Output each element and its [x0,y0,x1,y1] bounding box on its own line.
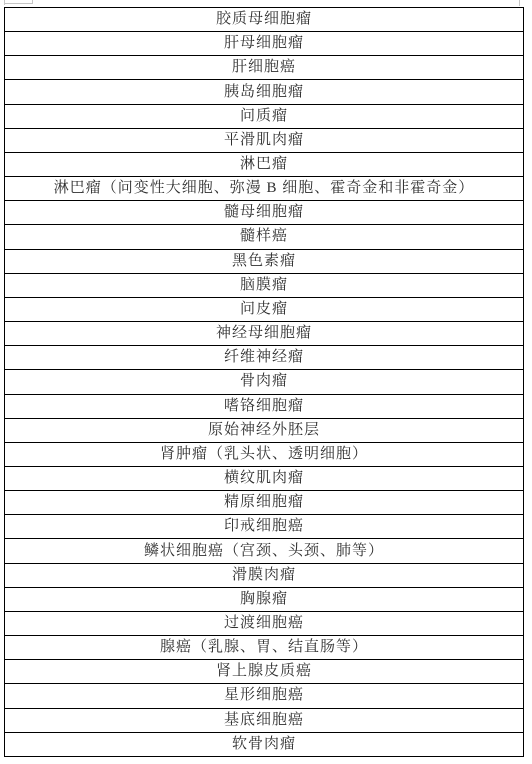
table-row: 平滑肌肉瘤 [5,129,523,153]
table-cell-text: 胶质母细胞瘤 [216,12,312,27]
table-row: 神经母细胞瘤 [5,322,523,346]
table-row: 骨肉瘤 [5,370,523,394]
table-cell-text: 肾上腺皮质癌 [216,664,312,679]
table-row: 滑膜肉瘤 [5,564,523,588]
table-row: 淋巴瘤（问变性大细胞、弥漫 B 细胞、霍奇金和非霍奇金） [5,177,523,201]
tumor-type-table: 胶质母细胞瘤肝母细胞瘤肝细胞癌胰岛细胞瘤问质瘤平滑肌肉瘤淋巴瘤淋巴瘤（问变性大细… [4,7,524,757]
table-cell-text: 胰岛细胞瘤 [224,85,304,100]
table-row: 胶质母细胞瘤 [5,8,523,32]
table-cell-text: 过渡细胞癌 [224,616,304,631]
table-cell-text: 基底细胞癌 [224,713,304,728]
table-cell-text: 精原细胞瘤 [224,495,304,510]
table-row: 肾肿瘤（乳头状、透明细胞） [5,443,523,467]
page-corner-mark-top-left [4,3,33,4]
table-row: 胸腺瘤 [5,588,523,612]
table-row: 过渡细胞癌 [5,612,523,636]
table-row: 基底细胞癌 [5,709,523,733]
table-cell-text: 脑膜瘤 [240,278,288,293]
table-cell-text: 星形细胞癌 [224,688,304,703]
table-cell-text: 神经母细胞瘤 [216,326,312,341]
table-row: 腺癌（乳腺、胃、结直肠等） [5,636,523,660]
table-cell-text: 骨肉瘤 [240,374,288,389]
table-cell-text: 髓母细胞瘤 [224,205,304,220]
table-cell-text: 原始神经外胚层 [208,423,320,438]
table-cell-text: 淋巴瘤（问变性大细胞、弥漫 B 细胞、霍奇金和非霍奇金） [54,181,475,196]
page-corner-mark-top-right [519,0,520,6]
table-cell-text: 黑色素瘤 [232,254,296,269]
table-row: 黑色素瘤 [5,250,523,274]
table-row: 脑膜瘤 [5,274,523,298]
table-row: 纤维神经瘤 [5,346,523,370]
table-row: 嗜铬细胞瘤 [5,395,523,419]
table-cell-text: 肝细胞癌 [232,60,296,75]
table-row: 鳞状细胞癌（宫颈、头颈、肺等） [5,539,523,563]
table-row: 问质瘤 [5,105,523,129]
table-row: 髓样癌 [5,225,523,249]
table-cell-text: 腺癌（乳腺、胃、结直肠等） [160,640,368,655]
table-row: 胰岛细胞瘤 [5,80,523,104]
table-cell-text: 嗜铬细胞瘤 [224,399,304,414]
table-cell-text: 平滑肌肉瘤 [224,133,304,148]
table-row: 肝母细胞瘤 [5,32,523,56]
table-row: 问皮瘤 [5,298,523,322]
table-cell-text: 肝母细胞瘤 [224,36,304,51]
table-cell-text: 鳞状细胞癌（宫颈、头颈、肺等） [144,544,384,559]
table-cell-text: 印戒细胞癌 [224,519,304,534]
table-cell-text: 问皮瘤 [240,302,288,317]
table-row: 印戒细胞癌 [5,515,523,539]
table-cell-text: 软骨肉瘤 [232,737,296,752]
table-cell-text: 横纹肌肉瘤 [224,471,304,486]
table-row: 横纹肌肉瘤 [5,467,523,491]
table-cell-text: 滑膜肉瘤 [232,568,296,583]
table-row: 肾上腺皮质癌 [5,660,523,684]
table-row: 原始神经外胚层 [5,419,523,443]
table-cell-text: 淋巴瘤 [240,157,288,172]
table-cell-text: 肾肿瘤（乳头状、透明细胞） [160,447,368,462]
table-cell-text: 问质瘤 [240,109,288,124]
table-row: 软骨肉瘤 [5,733,523,756]
table-row: 精原细胞瘤 [5,491,523,515]
table-cell-text: 胸腺瘤 [240,592,288,607]
document-page: 胶质母细胞瘤肝母细胞瘤肝细胞癌胰岛细胞瘤问质瘤平滑肌肉瘤淋巴瘤淋巴瘤（问变性大细… [0,0,532,764]
table-cell-text: 纤维神经瘤 [224,350,304,365]
table-row: 髓母细胞瘤 [5,201,523,225]
table-cell-text: 髓样癌 [240,229,288,244]
table-row: 肝细胞癌 [5,56,523,80]
table-row: 淋巴瘤 [5,153,523,177]
table-row: 星形细胞癌 [5,684,523,708]
page-corner-mark-top-left [32,0,33,4]
